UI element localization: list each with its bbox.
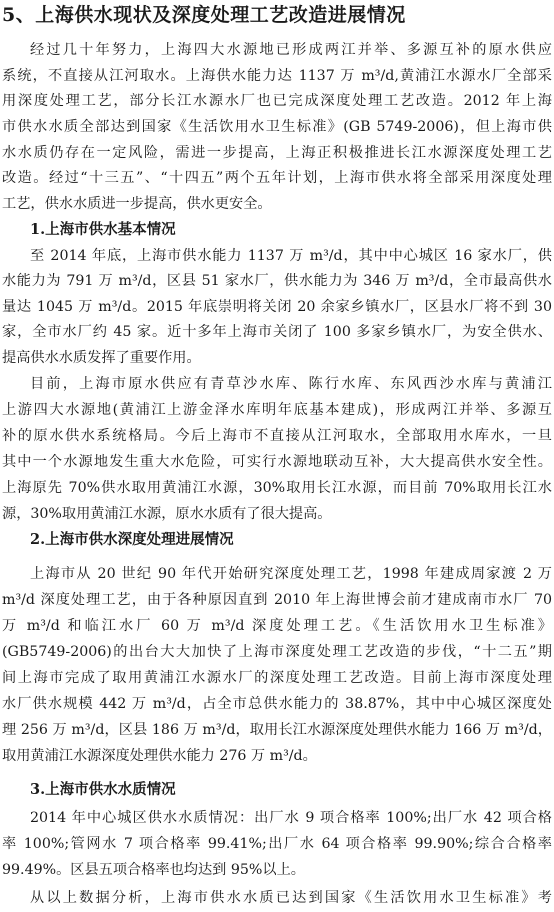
paragraph-line: 水厂供水规模 442 万 m³/d，占全市总供水能力的 38.87%，其中中心城… [2, 694, 552, 714]
subsection-heading: 2.上海市供水深度处理进展情况 [30, 530, 234, 550]
paragraph-line: 量达 1045 万 m³/d。2015 年底崇明将关闭 20 余家乡镇水厂，区县… [2, 297, 552, 317]
document-page: 5、上海供水现状及深度处理工艺改造进展情况 经过几十年努力，上海四大水源地已形成… [0, 0, 554, 912]
paragraph-line: 用深度处理工艺，部分长江水源水厂也已完成深度处理工艺改造。2012 年上海 [2, 91, 552, 111]
paragraph-line: 万 m³/d 和临江水厂 60 万 m³/d 深度处理工艺。《生活饮用水卫生标准… [2, 616, 552, 636]
paragraph-line: (GB5749-2006)的出台大大加快了上海市深度处理工艺改造的步伐，“十二五… [2, 642, 552, 662]
paragraph-line: 水水质仍存在一定风险，需进一步提高，上海正积极推进长江水源深度处理工艺 [2, 143, 552, 163]
paragraph-line: 源，30%取用黄浦江水源，原水水质有了很大提高。 [2, 504, 552, 524]
paragraph-line: 其中一个水源地发生重大水危险，可实行水源地联动互补，大大提高供水安全性。 [2, 452, 552, 472]
paragraph-line: 99.49%。区县五项合格率也均达到 95%以上。 [2, 860, 552, 880]
paragraph-line: 家，全市水厂约 45 家。近十多年上海市关闭了 100 多家乡镇水厂，为安全供水… [2, 322, 552, 342]
paragraph-line: 上游四大水源地(黄浦江上游金泽水库明年底基本建成)，形成两江并举、多源互 [2, 400, 552, 420]
section-title: 5、上海供水现状及深度处理工艺改造进展情况 [2, 3, 406, 27]
paragraph-line: 率 100%;管网水 7 项合格率 99.41%;出厂水 64 项合格率 99.… [2, 834, 552, 854]
paragraph-line: 理 256 万 m³/d，区县 186 万 m³/d，取用长江水源深度处理供水能… [2, 720, 552, 740]
subsection-heading: 1.上海市供水基本情况 [30, 220, 176, 240]
paragraph-line: 上海原先 70%供水取用黄浦江水源，30%取用长江水源，而目前 70%取用长江水 [2, 478, 552, 498]
paragraph-line: 补的原水供水系统格局。今后上海市不直接从江河取水，全部取用水库水，一旦 [2, 426, 552, 446]
paragraph-line: 从以上数据分析，上海市供水水质已达到国家《生活饮用水卫生标准》考 [30, 888, 552, 908]
paragraph-line: 取用黄浦江水源深度处理供水能力 276 万 m³/d。 [2, 746, 552, 766]
paragraph-line: 市供水水质全部达到国家《生活饮用水卫生标准》(GB 5749-2006)，但上海… [2, 117, 552, 137]
paragraph-line: 上海市从 20 世纪 90 年代开始研究深度处理工艺，1998 年建成周家渡 2… [30, 564, 552, 584]
paragraph-line: 至 2014 年底，上海市供水能力 1137 万 m³/d，其中中心城区 16 … [30, 246, 552, 266]
paragraph-line: 水能力为 791 万 m³/d，区县 51 家水厂，供水能力为 346 万 m³… [2, 271, 552, 291]
paragraph-line: 2014 年中心城区供水水质情况：出厂水 9 项合格率 100%;出厂水 42 … [30, 808, 552, 828]
paragraph-line: 间上海市完成了取用黄浦江水源水厂的深度处理工艺改造。目前上海市深度处理 [2, 668, 552, 688]
paragraph-line: m³/d 深度处理工艺，由于各种原因直到 2010 年上海世博会前才建成南市水厂… [2, 590, 552, 610]
paragraph-line: 工艺，供水水质进一步提高，供水更安全。 [2, 194, 552, 214]
paragraph-line: 改造。经过“十三五”、“十四五”两个五年计划，上海市供水将全部采用深度处理 [2, 168, 552, 188]
subsection-heading: 3.上海市供水水质情况 [30, 780, 176, 800]
paragraph-line: 目前，上海市原水供应有青草沙水库、陈行水库、东风西沙水库与黄浦江 [30, 374, 552, 394]
paragraph-line: 经过几十年努力，上海四大水源地已形成两江并举、多源互补的原水供应 [30, 40, 552, 60]
paragraph-line: 系统，不直接从江河取水。上海供水能力达 1137 万 m³/d,黄浦江水源水厂全… [2, 66, 552, 86]
paragraph-line: 提高供水水质发挥了重要作用。 [2, 348, 552, 368]
